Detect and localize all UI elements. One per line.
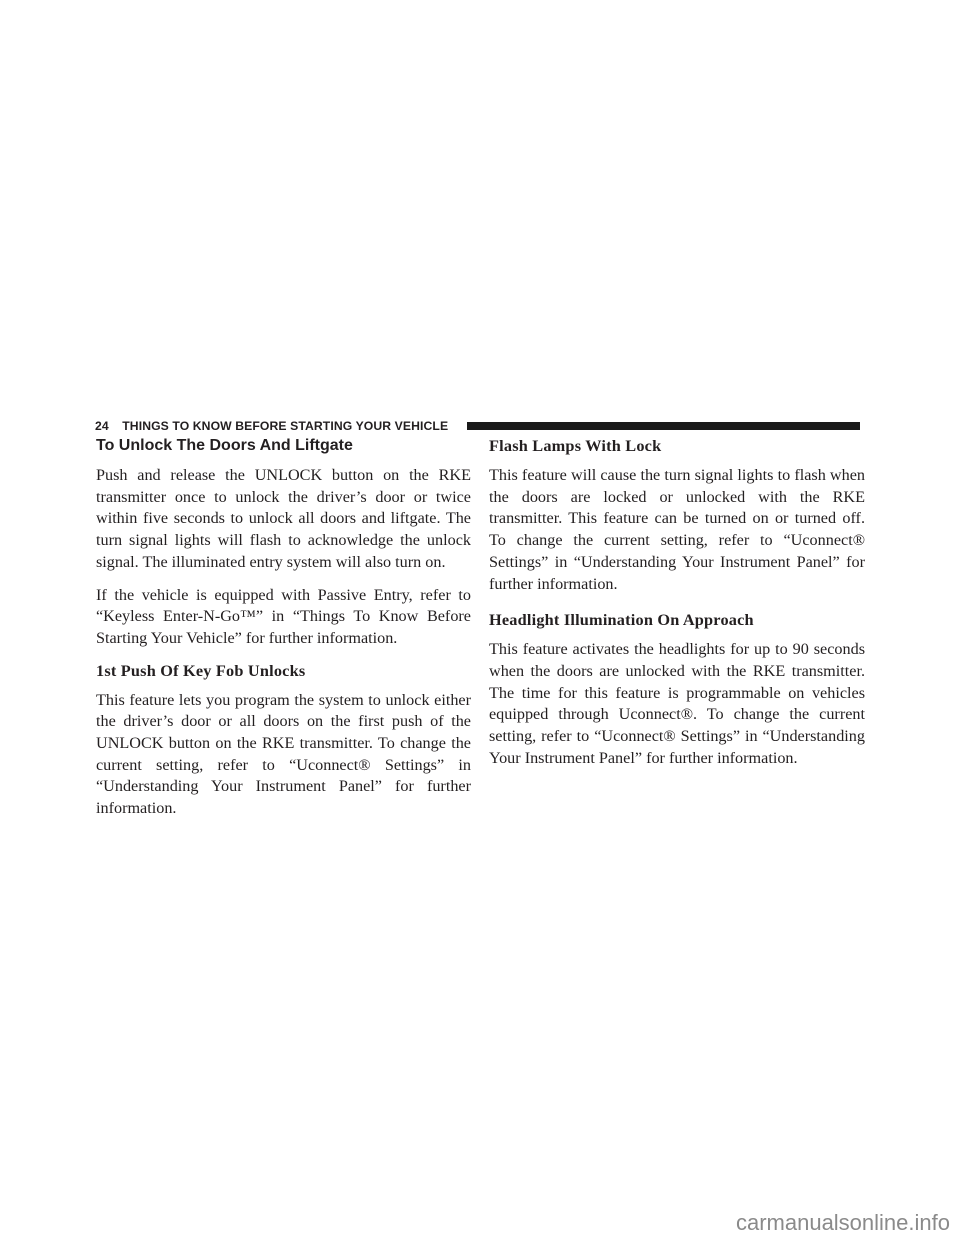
paragraph: This feature lets you program the system… bbox=[96, 690, 471, 820]
header-rule bbox=[467, 422, 860, 430]
subsection-title: 1st Push Of Key Fob Unlocks bbox=[96, 661, 471, 681]
paragraph: Push and release the UNLOCK button on th… bbox=[96, 465, 471, 574]
section-title: To Unlock The Doors And Liftgate bbox=[96, 436, 471, 456]
subsection-title: Flash Lamps With Lock bbox=[489, 436, 865, 456]
page-number: 24 bbox=[95, 419, 109, 433]
paragraph: This feature activates the headlights fo… bbox=[489, 639, 865, 769]
watermark: carmanualsonline.info bbox=[736, 1210, 950, 1236]
chapter-title: THINGS TO KNOW BEFORE STARTING YOUR VEHI… bbox=[122, 419, 448, 433]
left-column: To Unlock The Doors And Liftgate Push an… bbox=[96, 436, 471, 831]
paragraph: If the vehicle is equipped with Passive … bbox=[96, 585, 471, 650]
page-header: 24 THINGS TO KNOW BEFORE STARTING YOUR V… bbox=[95, 418, 860, 434]
right-column: Flash Lamps With Lock This feature will … bbox=[489, 436, 865, 784]
paragraph: This feature will cause the turn signal … bbox=[489, 465, 865, 595]
subsection-title: Headlight Illumination On Approach bbox=[489, 610, 865, 630]
